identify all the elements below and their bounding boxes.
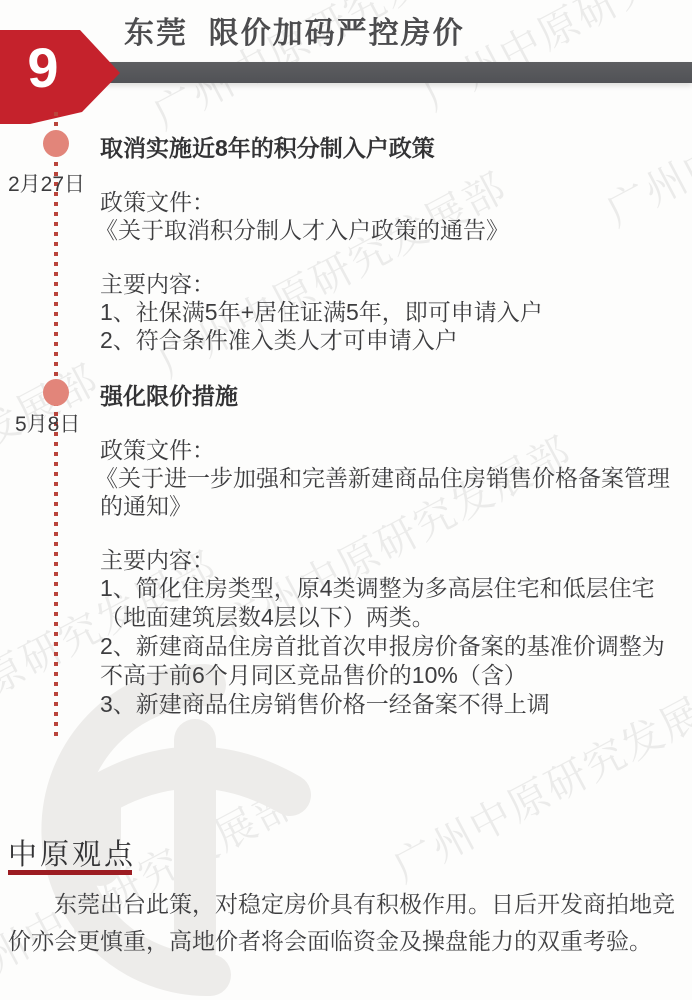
- policy-item: 1、简化住房类型，原4类调整为多高层住宅和低层住宅（地面建筑层数4层以下）两类。: [100, 574, 672, 632]
- watermark-text: 广州中原研究发展部: [0, 770, 306, 1000]
- policy-item: 2、新建商品住房首批首次申报房价备案的基准价调整为不高于前6个月同区竞品售价的1…: [100, 632, 672, 690]
- content-label: 主要内容：: [100, 270, 678, 298]
- timeline-event: 强化限价措施 政策文件： 《关于进一步加强和完善新建商品住房销售价格备案管理的通…: [100, 382, 672, 719]
- doc-label: 政策文件：: [100, 188, 678, 216]
- timeline-dot: [43, 379, 69, 406]
- page-title: 东莞 限价加码严控房价: [124, 14, 465, 54]
- event-date: 5月8日: [15, 408, 80, 438]
- policy-item: 1、社保满5年+居住证满5年，即可申请入户: [100, 298, 678, 326]
- content-label: 主要内容：: [100, 546, 672, 574]
- event-date: 2月27日: [8, 168, 85, 198]
- event-heading: 取消实施近8年的积分制入户政策: [100, 134, 678, 162]
- viewpoint-title-underline: [8, 870, 132, 875]
- policy-item: 3、新建商品住房销售价格一经备案不得上调: [100, 690, 672, 719]
- viewpoint-body: 东莞出台此策，对稳定房价具有积极作用。日后开发商拍地竞价亦会更慎重，高地价者将会…: [8, 886, 685, 960]
- doc-title: 《关于取消积分制人才入户政策的通告》: [100, 216, 678, 244]
- header-bar: [104, 62, 692, 83]
- policy-items: 1、简化住房类型，原4类调整为多高层住宅和低层住宅（地面建筑层数4层以下）两类。…: [100, 574, 672, 719]
- policy-poster: 广州中原研究发展部 广州中原研究发展部 广州中原研究发展部 广州中原研究发展部 …: [0, 0, 692, 1000]
- doc-label: 政策文件：: [100, 436, 672, 464]
- policy-items: 1、社保满5年+居住证满5年，即可申请入户 2、符合条件准入类人才可申请入户: [100, 298, 678, 354]
- policy-item: 2、符合条件准入类人才可申请入户: [100, 326, 678, 354]
- section-number: 9: [12, 36, 74, 100]
- timeline-event: 取消实施近8年的积分制入户政策 政策文件： 《关于取消积分制人才入户政策的通告》…: [100, 134, 678, 354]
- timeline-dot: [43, 130, 69, 157]
- viewpoint-title: 中原观点: [8, 832, 136, 873]
- event-heading: 强化限价措施: [100, 382, 672, 410]
- doc-title: 《关于进一步加强和完善新建商品住房销售价格备案管理的通知》: [100, 464, 672, 520]
